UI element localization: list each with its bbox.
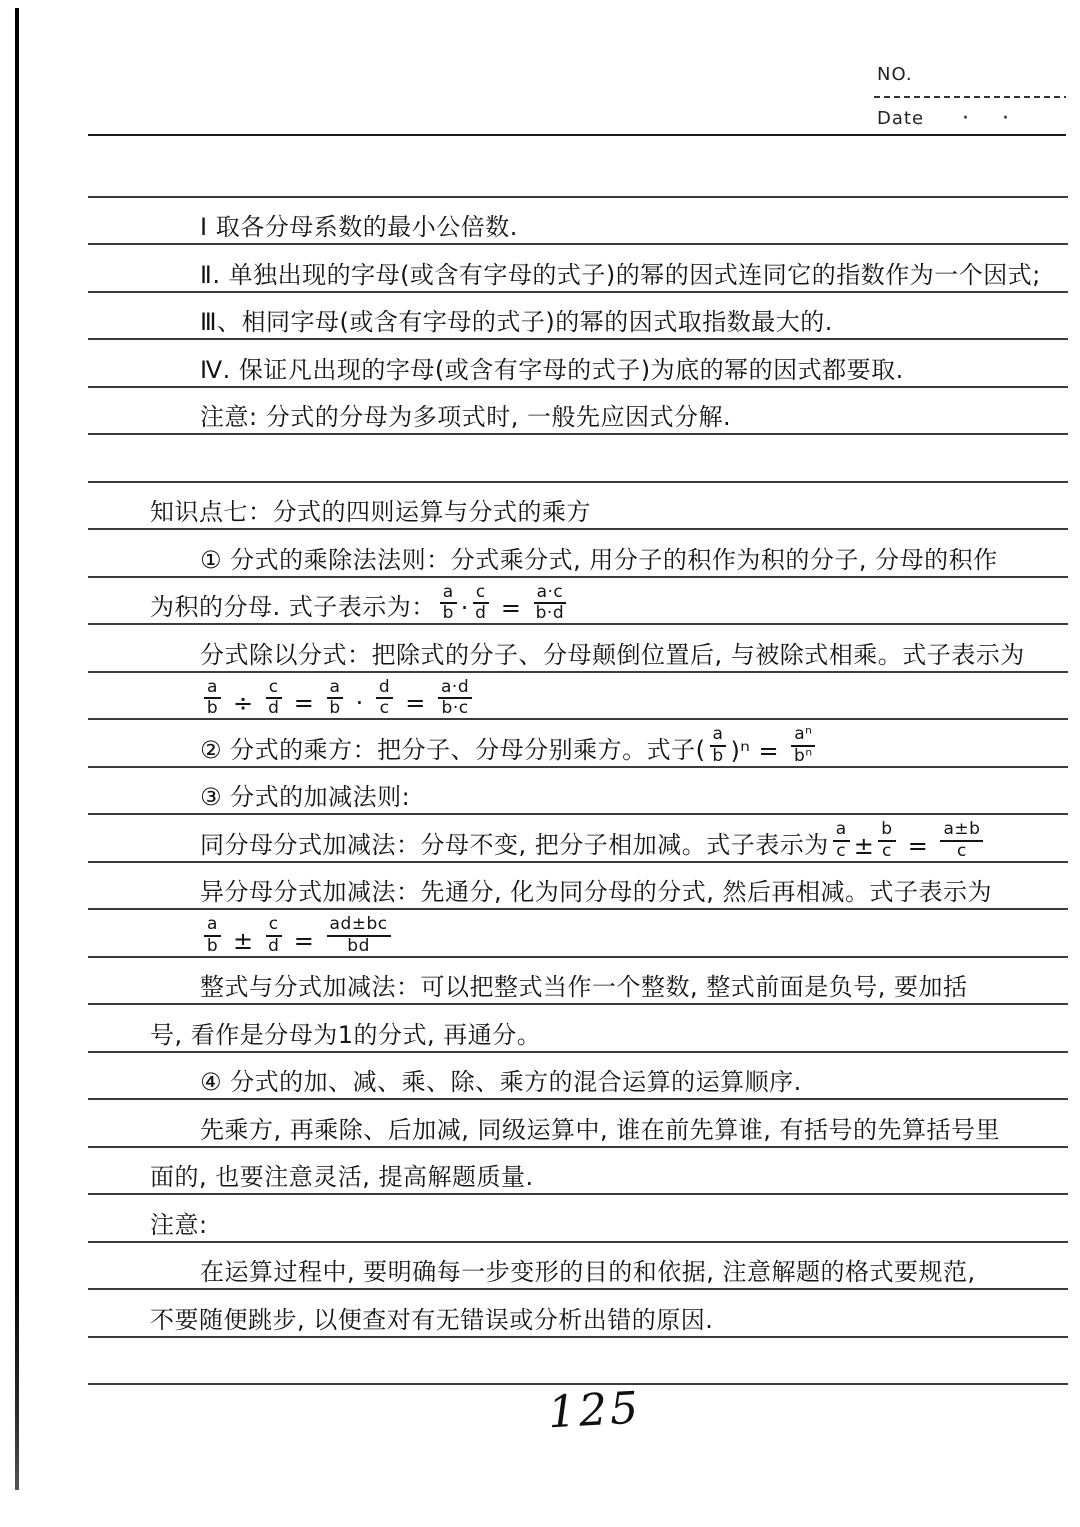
- note-text: 不要随便跳步, 以便查对有无错误或分析出错的原因.: [150, 1300, 713, 1335]
- page-number: 125: [547, 1383, 643, 1439]
- note-text: 为积的分母. 式子表示为：: [150, 587, 436, 622]
- fraction: a·db·c: [438, 678, 472, 719]
- fraction: cd: [266, 915, 282, 956]
- note-line: 先乘方, 再乘除、后加减, 同级运算中, 谁在前先算谁, 有括号的先算括号里: [88, 1100, 1068, 1148]
- note-line: 不要随便跳步, 以便查对有无错误或分析出错的原因.: [88, 1290, 1068, 1338]
- note-line: 号, 看作是分母为1的分式, 再通分。: [88, 1005, 1068, 1053]
- note-text: ③ 分式的加减法则:: [200, 777, 410, 812]
- note-text: Ⅰ 取各分母系数的最小公倍数.: [200, 207, 518, 242]
- fraction: ac: [833, 820, 850, 861]
- note-line: 同分母分式加减法：分母不变, 把分子相加减。式子表示为ac±bc = a±bc: [88, 815, 1068, 863]
- note-text: 整式与分式加减法：可以把整式当作一个整数, 整式前面是负号, 要加括: [200, 967, 968, 1002]
- note-line: ab ± cd = ad±bcbd: [88, 910, 1068, 958]
- fraction: ab: [710, 725, 727, 766]
- note-text: Ⅱ. 单独出现的字母(或含有字母的式子)的幂的因式连同它的指数作为一个因式;: [200, 255, 1041, 290]
- note-text: =: [397, 689, 434, 717]
- notebook-page: NO. Date · · Ⅰ 取各分母系数的最小公倍数.Ⅱ. 单独出现的字母(或…: [0, 0, 1080, 1527]
- date-dot: ·: [1002, 106, 1009, 131]
- fraction: a±bc: [940, 820, 983, 861]
- note-text: Ⅲ、相同字母(或含有字母的式子)的幂的因式取指数最大的.: [200, 302, 833, 337]
- note-text: 面的, 也要注意灵活, 提高解题质量.: [150, 1157, 534, 1192]
- note-line: [88, 150, 1068, 198]
- note-line: 整式与分式加减法：可以把整式当作一个整数, 整式前面是负号, 要加括: [88, 958, 1068, 1006]
- note-text: =: [493, 594, 530, 622]
- note-line: ④ 分式的加、减、乘、除、乘方的混合运算的运算顺序.: [88, 1053, 1068, 1101]
- note-text: 分式除以分式：把除式的分子、分母颠倒位置后, 与被除式相乘。式子表示为: [200, 635, 1025, 670]
- note-text: ② 分式的乘方：把分子、分母分别乘方。式子(: [200, 730, 706, 765]
- fraction: ab: [327, 678, 344, 719]
- note-text: 注意: 分式的分母为多项式时, 一般先应因式分解.: [200, 397, 731, 432]
- note-text: =: [286, 689, 323, 717]
- note-text: 异分母分式加减法：先通分, 化为同分母的分式, 然后再相减。式子表示为: [200, 872, 992, 907]
- fraction: cd: [266, 678, 282, 719]
- note-text: =: [900, 832, 937, 860]
- note-text: 先乘方, 再乘除、后加减, 同级运算中, 谁在前先算谁, 有括号的先算括号里: [200, 1110, 1000, 1145]
- note-text: )ⁿ =: [730, 737, 787, 765]
- note-line: Ⅲ、相同字母(或含有字母的式子)的幂的因式取指数最大的.: [88, 293, 1068, 341]
- fraction: a·cb·d: [534, 583, 567, 624]
- header-line: [88, 134, 1066, 136]
- fraction: ad±bcbd: [327, 915, 391, 956]
- note-line: Ⅳ. 保证凡出现的字母(或含有字母的式子)为底的幂的因式都要取.: [88, 340, 1068, 388]
- note-text: ±: [854, 832, 875, 860]
- note-line: 分式除以分式：把除式的分子、分母颠倒位置后, 与被除式相乘。式子表示为: [88, 625, 1068, 673]
- no-label: NO.: [877, 64, 913, 85]
- note-text: ·: [461, 594, 469, 622]
- note-line: [88, 435, 1068, 483]
- ruled-lines: Ⅰ 取各分母系数的最小公倍数.Ⅱ. 单独出现的字母(或含有字母的式子)的幂的因式…: [88, 150, 1068, 1385]
- note-line: ab ÷ cd = ab · dc = a·db·c: [88, 673, 1068, 721]
- note-line: 注意:: [88, 1195, 1068, 1243]
- note-line: ① 分式的乘除法法则：分式乘分式, 用分子的积作为积的分子, 分母的积作: [88, 530, 1068, 578]
- note-line: [88, 1338, 1068, 1386]
- note-text: ·: [347, 689, 371, 717]
- fraction: ab: [204, 678, 221, 719]
- note-line: 注意: 分式的分母为多项式时, 一般先应因式分解.: [88, 388, 1068, 436]
- note-line: Ⅱ. 单独出现的字母(或含有字母的式子)的幂的因式连同它的指数作为一个因式;: [88, 245, 1068, 293]
- fraction: ab: [440, 583, 457, 624]
- note-text: ④ 分式的加、减、乘、除、乘方的混合运算的运算顺序.: [200, 1062, 802, 1097]
- note-line: 异分母分式加减法：先通分, 化为同分母的分式, 然后再相减。式子表示为: [88, 863, 1068, 911]
- note-text: 注意:: [150, 1205, 208, 1240]
- no-dotted-line: [874, 96, 1066, 98]
- left-margin-line: [15, 8, 19, 1490]
- note-text: =: [286, 927, 323, 955]
- note-text: 号, 看作是分母为1的分式, 再通分。: [150, 1015, 541, 1050]
- note-line: 面的, 也要注意灵活, 提高解题质量.: [88, 1148, 1068, 1196]
- note-line: 为积的分母. 式子表示为：ab·cd = a·cb·d: [88, 578, 1068, 626]
- note-line: 知识点七：分式的四则运算与分式的乘方: [88, 483, 1068, 531]
- note-text: ① 分式的乘除法法则：分式乘分式, 用分子的积作为积的分子, 分母的积作: [200, 540, 998, 575]
- note-text: ±: [225, 927, 262, 955]
- note-text: ÷: [225, 689, 262, 717]
- fraction: cd: [473, 583, 489, 624]
- date-dot: ·: [962, 106, 969, 131]
- fraction: bc: [878, 820, 895, 861]
- note-line: Ⅰ 取各分母系数的最小公倍数.: [88, 198, 1068, 246]
- note-line: ② 分式的乘方：把分子、分母分别乘方。式子(ab)ⁿ = aⁿbⁿ: [88, 720, 1068, 768]
- fraction: dc: [376, 678, 393, 719]
- fraction: aⁿbⁿ: [791, 725, 815, 766]
- date-label: Date: [877, 108, 924, 129]
- note-text: 同分母分式加减法：分母不变, 把分子相加减。式子表示为: [200, 825, 829, 860]
- note-text: 在运算过程中, 要明确每一步变形的目的和依据, 注意解题的格式要规范,: [200, 1252, 976, 1287]
- note-text: 知识点七：分式的四则运算与分式的乘方: [150, 492, 591, 527]
- note-line: 在运算过程中, 要明确每一步变形的目的和依据, 注意解题的格式要规范,: [88, 1243, 1068, 1291]
- note-text: Ⅳ. 保证凡出现的字母(或含有字母的式子)为底的幂的因式都要取.: [200, 350, 904, 385]
- fraction: ab: [204, 915, 221, 956]
- note-line: ③ 分式的加减法则:: [88, 768, 1068, 816]
